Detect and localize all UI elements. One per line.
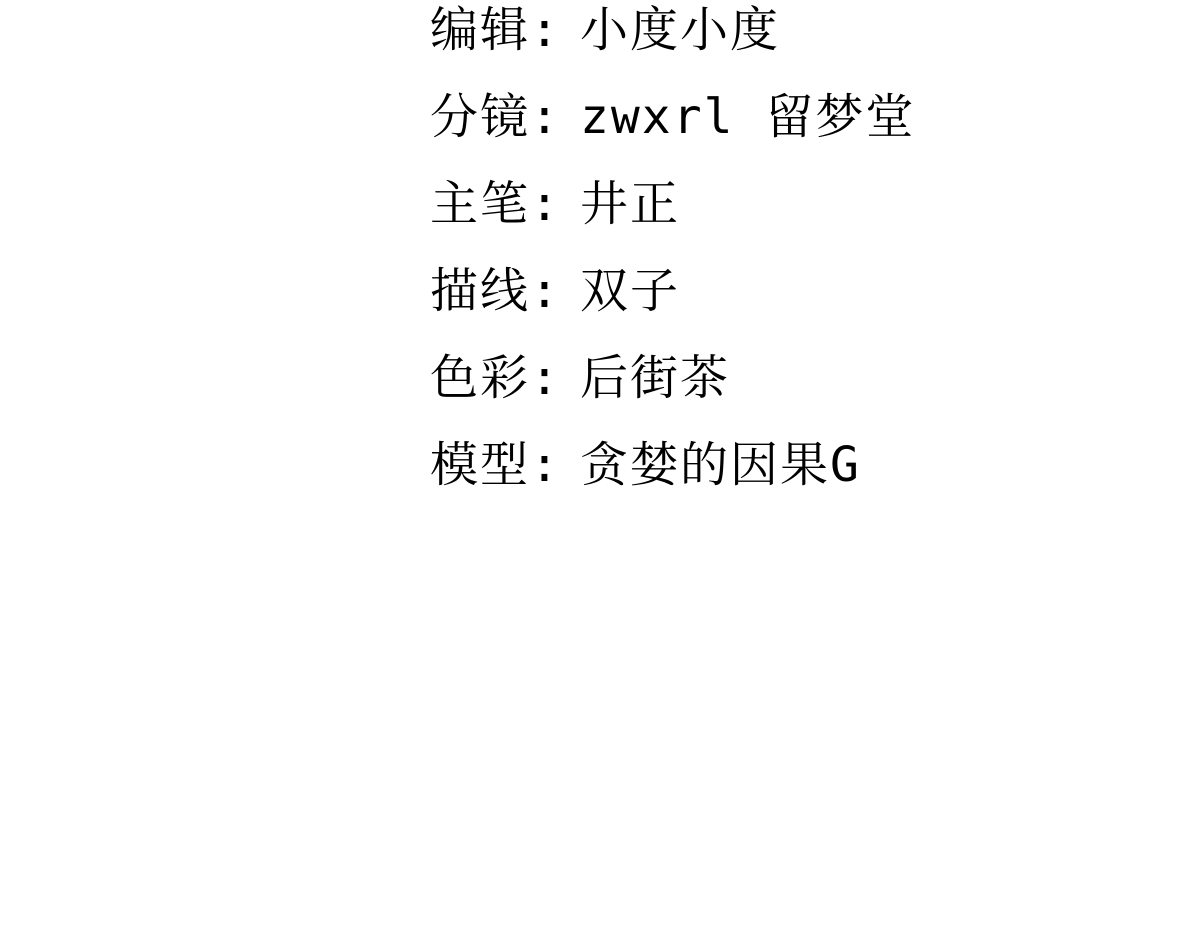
credits-page: 编辑: 小度小度 分镜: zwxrl 留梦堂 主笔: 井正 描线: 双子 色彩:… bbox=[0, 0, 1200, 937]
credit-row-lead-artist: 主笔: 井正 bbox=[430, 180, 915, 228]
credit-label-editor: 编辑: bbox=[430, 6, 580, 54]
credit-row-editor: 编辑: 小度小度 bbox=[430, 6, 915, 54]
credit-value-line-art: 双子 bbox=[580, 267, 680, 315]
credit-value-color: 后街茶 bbox=[580, 354, 730, 402]
credit-label-model: 模型: bbox=[430, 441, 580, 489]
credit-value-editor: 小度小度 bbox=[580, 6, 780, 54]
credit-row-line-art: 描线: 双子 bbox=[430, 267, 915, 315]
credit-label-storyboard: 分镜: bbox=[430, 93, 580, 141]
credit-row-storyboard: 分镜: zwxrl 留梦堂 bbox=[430, 93, 915, 141]
credit-row-color: 色彩: 后街茶 bbox=[430, 354, 915, 402]
credit-value-storyboard: zwxrl 留梦堂 bbox=[580, 93, 915, 141]
credits-block: 编辑: 小度小度 分镜: zwxrl 留梦堂 主笔: 井正 描线: 双子 色彩:… bbox=[430, 6, 915, 528]
credit-value-lead-artist: 井正 bbox=[580, 180, 680, 228]
credit-label-line-art: 描线: bbox=[430, 267, 580, 315]
credit-value-model: 贪婪的因果G bbox=[580, 441, 861, 489]
credit-label-color: 色彩: bbox=[430, 354, 580, 402]
credit-label-lead-artist: 主笔: bbox=[430, 180, 580, 228]
credit-row-model: 模型: 贪婪的因果G bbox=[430, 441, 915, 489]
